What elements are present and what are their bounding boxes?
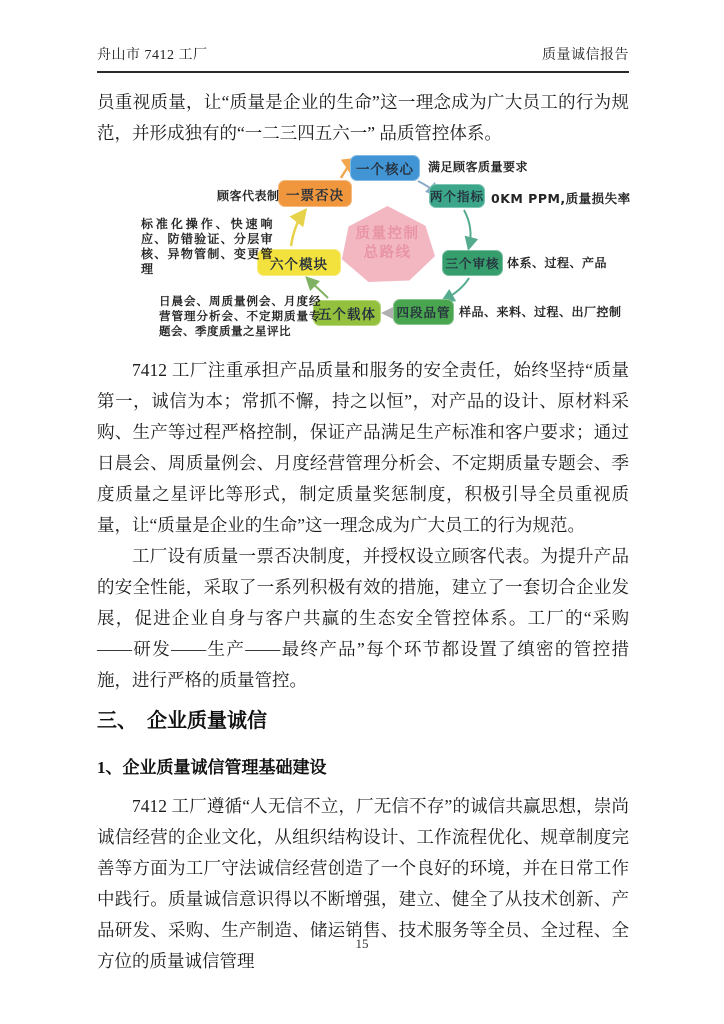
diagram-center-label: 质量控制总路线 [355, 225, 421, 263]
annotation-five-carriers: 日晨会、周质量例会、月度经营管理分析会、不定期质量专题会、季度质量之星评比 [159, 294, 321, 339]
annotation-two-indicators: 0KM PPM,质量损失率 [491, 191, 631, 206]
diagram-center-heptagon: 质量控制总路线 [340, 206, 435, 282]
node-one-core: 一个核心 [350, 155, 420, 181]
annotation-one-vote-veto: 顾客代表制 [217, 189, 280, 204]
annotation-four-stages: 样品、来料、过程、出厂控制 [459, 305, 622, 320]
header-company: 舟山市 7412 工厂 [97, 44, 208, 64]
node-two-indicators: 两个指标 [429, 184, 485, 208]
annotation-six-modules: 标准化操作、快速响应、防错验证、分层审核、异物管制、变更管理 [141, 217, 273, 277]
annotation-one-core: 满足顾客质量要求 [428, 160, 528, 175]
paragraph-continuation: 员重视质量，让“质量是企业的生命”这一理念成为广大员工的行为规范，并形成独有的“… [97, 87, 629, 149]
node-three-audits: 三个审核 [442, 250, 503, 276]
node-four-stages: 四段品管 [393, 299, 454, 325]
paragraph-1: 7412 工厂注重承担产品质量和服务的安全责任，始终坚持“质量第一，诚信为本；常… [97, 355, 629, 541]
page-header: 舟山市 7412 工厂 质量诚信报告 [97, 44, 629, 73]
header-report-title: 质量诚信报告 [542, 44, 629, 64]
node-one-vote-veto: 一票否决 [278, 180, 352, 207]
quality-control-diagram: 质量控制总路线 一个核心 一票否决 两个指标 三个审核 四段品管 五个载体 六个… [135, 149, 621, 345]
page-number: 15 [0, 936, 724, 952]
section-heading: 三、 企业质量诚信 [97, 704, 629, 738]
node-five-carriers: 五个载体 [313, 300, 381, 326]
annotation-three-audits: 体系、过程、产品 [507, 256, 607, 271]
document-page: 舟山市 7412 工厂 质量诚信报告 员重视质量，让“质量是企业的生命”这一理念… [0, 0, 724, 1024]
sub-heading: 1、企业质量诚信管理基础建设 [97, 753, 629, 783]
paragraph-2: 工厂设有质量一票否决制度，并授权设立顾客代表。为提升产品的安全性能，采取了一系列… [97, 541, 629, 696]
